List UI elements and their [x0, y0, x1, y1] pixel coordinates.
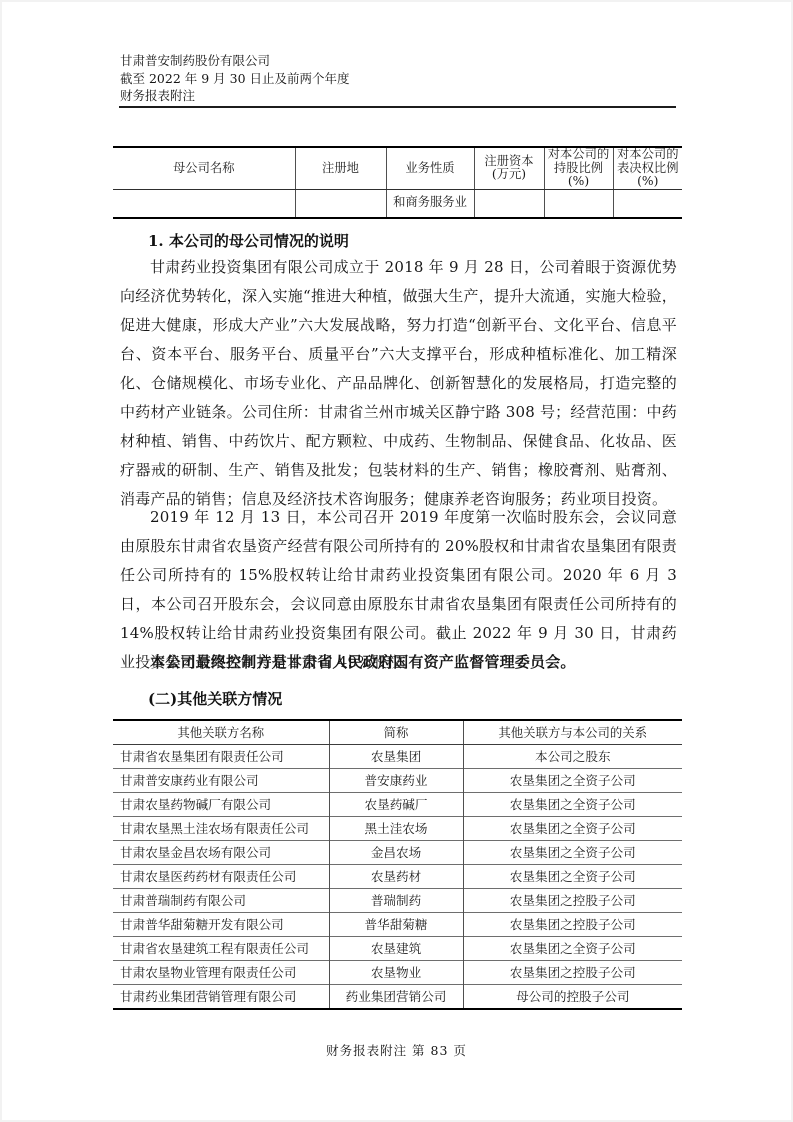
table-cell: 普华甜菊糖 [329, 913, 463, 937]
table-cell: 农垦药材 [329, 865, 463, 889]
table-cell: 和商务服务业 [386, 189, 474, 218]
table-row: 甘肃省农垦集团有限责任公司农垦集团本公司之股东 [113, 745, 682, 769]
parent-company-table: 母公司名称 注册地 业务性质 注册资本 (万元) 对本公司的 持股比例 (%) … [113, 146, 682, 219]
table-cell: 甘肃普瑞制药有限公司 [113, 889, 329, 913]
table-cell: 农垦集团之全资子公司 [463, 937, 682, 961]
table-cell: 甘肃农垦药物碱厂有限公司 [113, 793, 329, 817]
parent-table-header-row: 母公司名称 注册地 业务性质 注册资本 (万元) 对本公司的 持股比例 (%) … [113, 147, 682, 189]
table-cell: 黑土洼农场 [329, 817, 463, 841]
table-cell: 甘肃普安康药业有限公司 [113, 769, 329, 793]
table-row: 甘肃普瑞制药有限公司普瑞制药农垦集团之控股子公司 [113, 889, 682, 913]
table-cell: 农垦集团之控股子公司 [463, 961, 682, 985]
related-table-body: 甘肃省农垦集团有限责任公司农垦集团本公司之股东甘肃普安康药业有限公司普安康药业农… [113, 745, 682, 1010]
table-cell [544, 189, 613, 218]
table-cell: 甘肃农垦黑土洼农场有限责任公司 [113, 817, 329, 841]
table-cell [113, 189, 295, 218]
table-cell: 农垦集团之全资子公司 [463, 841, 682, 865]
header-divider [119, 106, 676, 108]
document-header: 甘肃普安制药股份有限公司 截至 2022 年 9 月 30 日止及前两个年度 财… [120, 52, 350, 105]
table-row: 甘肃普华甜菊糖开发有限公司普华甜菊糖农垦集团之控股子公司 [113, 913, 682, 937]
table-cell: 农垦集团 [329, 745, 463, 769]
document-page: 甘肃普安制药股份有限公司 截至 2022 年 9 月 30 日止及前两个年度 财… [0, 0, 793, 1122]
table-cell: 甘肃农垦金昌农场有限公司 [113, 841, 329, 865]
col-share-ratio: 对本公司的 持股比例 (%) [544, 147, 613, 189]
col-short-name: 简称 [329, 720, 463, 745]
table-cell [295, 189, 386, 218]
section-heading-other-related-parties: (二)其他关联方情况 [120, 688, 677, 709]
table-cell [613, 189, 682, 218]
table-cell: 农垦集团之控股子公司 [463, 889, 682, 913]
table-cell: 甘肃农垦物业管理有限责任公司 [113, 961, 329, 985]
report-title: 财务报表附注 [120, 87, 350, 105]
ultimate-controller-note: 本公司最终控制方是甘肃省人民政府国有资产监督管理委员会。 [120, 648, 677, 677]
table-cell: 普瑞制药 [329, 889, 463, 913]
table-cell: 农垦建筑 [329, 937, 463, 961]
table-row: 甘肃农垦药物碱厂有限公司农垦药碱厂农垦集团之全资子公司 [113, 793, 682, 817]
table-cell: 金昌农场 [329, 841, 463, 865]
col-related-party-name: 其他关联方名称 [113, 720, 329, 745]
col-registered-capital: 注册资本 (万元) [474, 147, 544, 189]
col-reg-place: 注册地 [295, 147, 386, 189]
table-cell: 农垦集团之全资子公司 [463, 817, 682, 841]
report-period: 截至 2022 年 9 月 30 日止及前两个年度 [120, 70, 350, 88]
table-cell: 农垦集团之全资子公司 [463, 793, 682, 817]
related-table-header-row: 其他关联方名称 简称 其他关联方与本公司的关系 [113, 720, 682, 745]
paragraph-parent-company-intro: 甘肃药业投资集团有限公司成立于 2018 年 9 月 28 日，公司着眼于资源优… [120, 253, 677, 514]
table-row: 甘肃农垦金昌农场有限公司金昌农场农垦集团之全资子公司 [113, 841, 682, 865]
table-cell: 本公司之股东 [463, 745, 682, 769]
table-cell: 农垦物业 [329, 961, 463, 985]
table-cell: 甘肃农垦医药药材有限责任公司 [113, 865, 329, 889]
table-cell: 普安康药业 [329, 769, 463, 793]
table-row: 甘肃普安康药业有限公司普安康药业农垦集团之全资子公司 [113, 769, 682, 793]
parent-table-continuation-row: 和商务服务业 [113, 189, 682, 218]
section-heading-parent-company: 1. 本公司的母公司情况的说明 [120, 230, 677, 251]
related-parties-table: 其他关联方名称 简称 其他关联方与本公司的关系 甘肃省农垦集团有限责任公司农垦集… [113, 719, 682, 1010]
table-cell: 甘肃省农垦集团有限责任公司 [113, 745, 329, 769]
table-row: 甘肃农垦医药药材有限责任公司农垦药材农垦集团之全资子公司 [113, 865, 682, 889]
table-row: 甘肃农垦黑土洼农场有限责任公司黑土洼农场农垦集团之全资子公司 [113, 817, 682, 841]
table-row: 甘肃农垦物业管理有限责任公司农垦物业农垦集团之控股子公司 [113, 961, 682, 985]
table-cell: 农垦集团之全资子公司 [463, 865, 682, 889]
table-cell: 母公司的控股子公司 [463, 985, 682, 1010]
table-cell: 农垦药碱厂 [329, 793, 463, 817]
col-business-nature: 业务性质 [386, 147, 474, 189]
table-row: 甘肃药业集团营销管理有限公司药业集团营销公司母公司的控股子公司 [113, 985, 682, 1010]
company-name: 甘肃普安制药股份有限公司 [120, 52, 350, 70]
table-cell: 药业集团营销公司 [329, 985, 463, 1010]
table-cell: 农垦集团之控股子公司 [463, 913, 682, 937]
table-row: 甘肃省农垦建筑工程有限责任公司农垦建筑农垦集团之全资子公司 [113, 937, 682, 961]
table-cell: 甘肃药业集团营销管理有限公司 [113, 985, 329, 1010]
col-relationship: 其他关联方与本公司的关系 [463, 720, 682, 745]
table-cell: 甘肃普华甜菊糖开发有限公司 [113, 913, 329, 937]
table-cell: 农垦集团之全资子公司 [463, 769, 682, 793]
table-cell [474, 189, 544, 218]
col-parent-name: 母公司名称 [113, 147, 295, 189]
table-cell: 甘肃省农垦建筑工程有限责任公司 [113, 937, 329, 961]
page-footer: 财务报表附注 第 83 页 [0, 1041, 793, 1059]
col-vote-ratio: 对本公司的 表决权比例 (%) [613, 147, 682, 189]
